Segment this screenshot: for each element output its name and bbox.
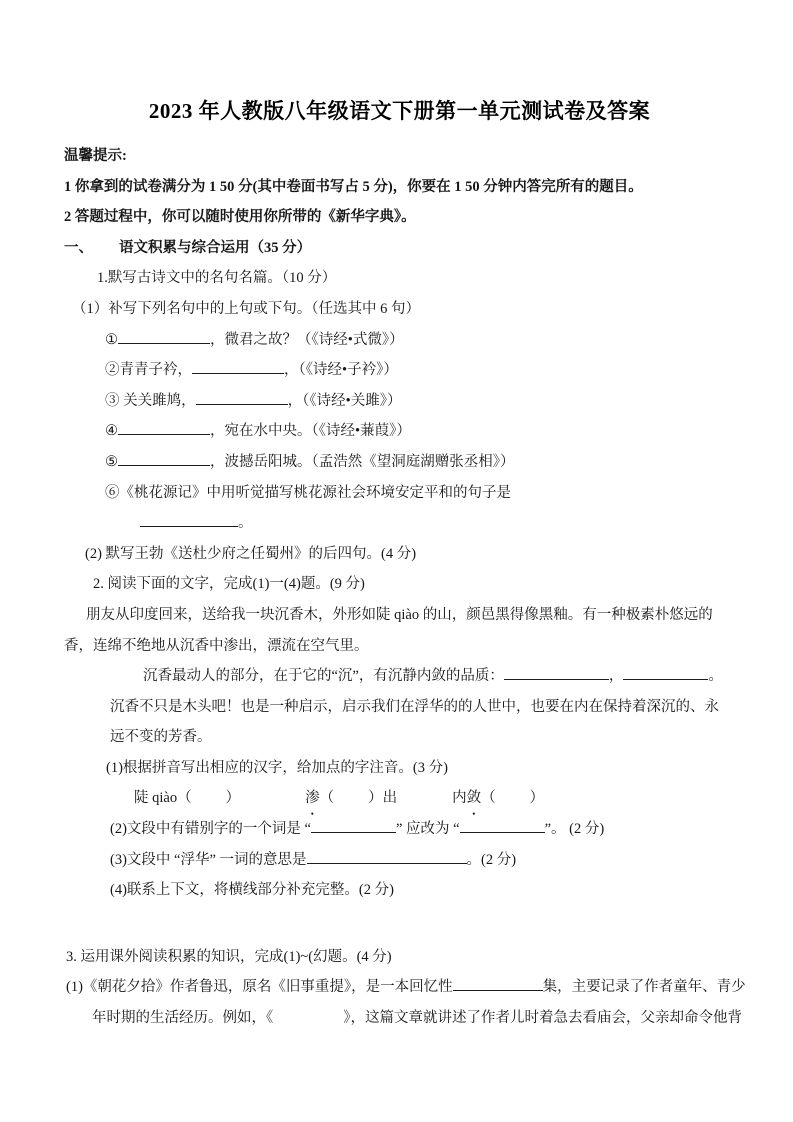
text-run: （ [320,790,335,806]
text-run: 3. 运用课外阅读积累的知识，完成(1)~(幻题。(4 分) [66,949,392,965]
notice-tip-1: 1 你拿到的试卷满分为 1 50 分(其中卷面书写占 5 分)，你要在 1 50… [64,172,735,203]
answer-blank [140,511,238,527]
text-run: ， [609,668,624,684]
q1-1-item-1: ①，微君之故？（《诗经•式微》） [105,325,735,356]
q2-passage-line-3: 沉香最动人的部分，在于它的“沉”，有沉静内敛的品质：，。 [143,661,735,692]
text-run: 。 [238,515,253,531]
text-run: ，（《诗经•子衿》） [284,362,398,378]
emphasized-char: 敛 [467,783,482,814]
notice-heading: 温馨提示: [64,141,735,172]
q1-2-stem: (2) 默写王勃《送杜少府之任蜀州》的后四句。(4 分) [85,539,735,570]
text-run: (2) 默写王勃《送杜少府之任蜀州》的后四句。(4 分) [85,546,416,562]
text-run: （ [481,790,496,806]
text-run: 1 你拿到的试卷满分为 1 50 分(其中卷面书写占 5 分)，你要在 1 50… [64,179,643,195]
spacer [397,801,452,802]
q2-2-stem: (2)文段中有错别字的一个词是 “” 应改为 “”。 (2 分) [110,814,735,845]
page-title: 2023 年人教版八年级语文下册第一单元测试卷及答案 [64,96,735,126]
q2-1-stem: (1)根据拼音写出相应的汉字，给加点的字注音。(3 分) [106,753,735,784]
text-run: ） [530,790,545,806]
q1-1-stem: （1）补写下列名句中的上句或下句。（任选其中 6 句） [72,294,735,325]
q2-passage-line-2: 香，连绵不绝地从沉香中渗出，漂流在空气里。 [64,631,735,662]
q1-1-item-2: ②青青子衿，，（《诗经•子衿》） [105,355,735,386]
spacer [334,801,368,802]
q2-1-items: 陡 qiào（）渗（）出内敛（） [134,783,735,814]
answer-blank [460,817,545,833]
section-1-heading: 一、语文积累与综合运用（35 分） [64,233,735,264]
q3-1-line-1: (1)《朝花夕拾》作者鲁迅，原名《旧事重提》，是一本回忆性集，主要记录了作者童年… [66,972,735,1003]
notice-tip-2: 2 答题过程中，你可以随时使用你所带的《新华字典》。 [64,202,735,233]
text-run: 2 答题过程中，你可以随时使用你所带的《新华字典》。 [64,209,416,225]
text-run: 集，主要记录了作者童年、青少 [543,979,746,995]
text-run: 。 [708,668,723,684]
answer-blank [196,389,288,405]
q1-1-item-4: ④，宛在水中央。（《诗经•蒹葭》） [105,416,735,447]
text-run: ，（《诗经•关雎》） [288,393,402,409]
text-run: (1)《朝花夕拾》作者鲁迅，原名《旧事重提》，是一本回忆性 [66,979,453,995]
text-run: ”。 (2 分) [545,821,605,837]
text-run: ③ 关关雎鸠， [105,393,196,409]
answer-blank [192,358,284,374]
text-run: (2)文段中有错别字的一个词是 “ [110,821,311,837]
text-run: 一、 [64,240,93,256]
text-run: 香，连绵不绝地从沉香中渗出，漂流在空气里。 [64,638,369,654]
text-run: ⑥《桃花源记》中用听觉描写桃花源社会环境安定平和的句子是 [105,485,511,501]
test-paper-page: 2023 年人教版八年级语文下册第一单元测试卷及答案 温馨提示:1 你拿到的试卷… [0,0,793,1122]
text-run: 陡 qiào（ [134,790,192,806]
emphasized-char: 渗 [305,783,320,814]
q3-stem: 3. 运用课外阅读积累的知识，完成(1)~(幻题。(4 分) [66,942,735,973]
text-run: 远不变的芳香。 [110,729,212,745]
q2-3-stem: (3)文段中 “浮华” 一词的意思是。(2 分) [110,845,735,876]
spacer [240,801,305,802]
answer-blank [307,848,467,864]
q2-passage-line-1: 朋友从印度回来，送给我一块沉香木，外形如陡 qiào 的山，颜邑黑得像黑釉。有一… [86,600,735,631]
document-body: 温馨提示:1 你拿到的试卷满分为 1 50 分(其中卷面书写占 5 分)，你要在… [64,141,735,1034]
answer-blank [118,328,210,344]
text-run: ） [226,790,241,806]
text-run: 年时期的生活经历。例如，《 [92,1010,273,1026]
answer-blank [504,664,609,680]
text-run: 朋友从印度回来，送给我一块沉香木，外形如陡 qiào 的山，颜邑黑得像黑釉。有一… [86,607,713,623]
text-run: 沉香最动人的部分，在于它的“沉”，有沉静内敛的品质： [143,668,504,684]
answer-blank [118,419,210,435]
text-run: (3)文段中 “浮华” 一词的意思是 [110,852,307,868]
answer-blank [453,975,543,991]
text-run: 1.默写古诗文中的名句名篇。（10 分） [97,270,336,286]
spacer [192,801,226,802]
answer-blank [311,817,396,833]
q2-stem: 2. 阅读下面的文字，完成(1)一(4)题。(9 分) [93,569,735,600]
q2-passage-line-5: 远不变的芳香。 [110,722,735,753]
text-run: ① [105,332,118,348]
text-run: 温馨提示: [64,148,127,164]
text-run: 内 [452,790,467,806]
q2-passage-line-4: 沉香不只是木头吧！也是一种启示，启示我们在浮华的的人世中，也要在内在保持着深沉的… [110,692,735,723]
text-run: （1）补写下列名句中的上句或下句。（任选其中 6 句） [72,301,420,317]
text-run: ，微君之故？（《诗经•式微》） [210,332,404,348]
text-run: 2. 阅读下面的文字，完成(1)一(4)题。(9 分) [93,576,365,592]
text-run: ，宛在水中央。（《诗经•蒹葭》） [210,423,411,439]
q1-1-item-6-blank: 。 [140,508,735,539]
spacer [496,801,530,802]
text-run: ）出 [368,790,397,806]
q1-1-item-5: ⑤，波撼岳阳城。（孟浩然《望洞庭湖赠张丞相》） [105,447,735,478]
q1-stem: 1.默写古诗文中的名句名篇。（10 分） [97,263,735,294]
text-run: 。(2 分) [467,852,517,868]
text-run: (4)联系上下文，将横线部分补充完整。(2 分) [110,882,394,898]
text-run: 》，这篇文章就讲述了作者儿时着急去看庙会，父亲却命令他背 [343,1010,742,1026]
text-run: 语文积累与综合运用（35 分） [119,240,311,256]
spacer [273,1021,343,1022]
text-run: ，波撼岳阳城。（孟浩然《望洞庭湖赠张丞相》） [210,454,515,470]
text-run: ④ [105,423,118,439]
text-run: ” 应改为 “ [396,821,460,837]
q3-1-line-2: 年时期的生活经历。例如，《》，这篇文章就讲述了作者儿时着急去看庙会，父亲却命令他… [92,1003,735,1034]
answer-blank [118,450,210,466]
spacer [93,251,119,252]
text-run: ⑤ [105,454,118,470]
q2-4-stem: (4)联系上下文，将横线部分补充完整。(2 分) [110,875,735,906]
q1-1-item-6: ⑥《桃花源记》中用听觉描写桃花源社会环境安定平和的句子是 [105,478,735,509]
q1-1-item-3: ③ 关关雎鸠，，（《诗经•关雎》） [105,386,735,417]
text-run: 沉香不只是木头吧！也是一种启示，启示我们在浮华的的人世中，也要在内在保持着深沉的… [110,699,719,715]
text-run: ②青青子衿， [105,362,192,378]
text-run: (1)根据拼音写出相应的汉字，给加点的字注音。(3 分) [106,760,448,776]
answer-blank [623,664,708,680]
